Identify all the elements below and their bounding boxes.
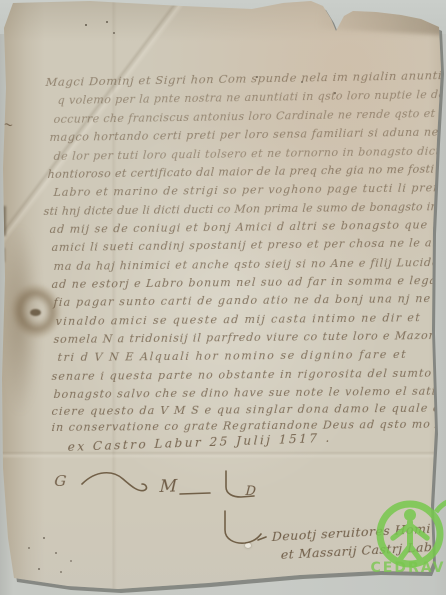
signoff-mark: D [245, 484, 256, 499]
handwriting-line: q volemo per la pnte nostra ne anuntiati… [57, 87, 446, 107]
handwriting-line: senare i questa parte no obstante in rig… [51, 367, 446, 384]
handwriting-line: tri d V N E Alquali hor nomino se dignin… [57, 348, 407, 364]
handwriting-line: somela N a tridonisij il parfredo viure … [53, 329, 446, 346]
flourish-swoosh [82, 473, 146, 491]
handwriting-line: occurre che franciscus antonius loro Car… [53, 106, 446, 126]
person-in-circle-icon [393, 509, 427, 562]
flourish-m-tail [180, 493, 210, 494]
paper-hole [245, 543, 251, 548]
handwriting-line: magco hortando certi preti per loro sens… [49, 125, 446, 144]
signoff-mark: ~ [2, 117, 15, 132]
handwriting-line: sti hnj dicte due li dicti ducti co Mon … [43, 199, 446, 218]
handwriting-line: fia pagar sunto carti de gando atio ne d… [53, 292, 431, 309]
handwriting-line: ad mij se de coniugi et bonj Amici d alt… [49, 218, 446, 236]
signoff-mark: G [54, 472, 67, 490]
handwriting-line: Magci Dominj et Sigri hon Com spunde nel… [45, 67, 446, 89]
handwriting-line: ma da haj hinimici et anche qsto sieij s… [53, 256, 446, 273]
photo-of-letter: Magci Dominj et Sigri hon Com spunde nel… [0, 0, 446, 595]
handwriting-line: bonagsto salvo che se dino have sue note… [53, 384, 446, 401]
handwriting-line: ciere questo da V M S e qua singlar dona… [51, 401, 446, 418]
edge-smudge [0, 248, 5, 262]
handwriting-line: Labro et marino de strigi so per voghono… [53, 181, 442, 199]
watermark-text: CEDRAV [366, 560, 446, 576]
flourish-bracket-lower [225, 511, 261, 543]
handwriting-line: amici li sueti candinj spostanij et pres… [51, 236, 446, 254]
signoff-mark: M [159, 476, 177, 497]
handwriting-line: ex Castro Labur 25 Julij 1517 . [68, 431, 333, 454]
handwriting-line: de lor per tuti loro quali tolsero et ne… [53, 144, 446, 163]
handwriting-line: ad ne estorj e Labro bonum nel suo ad fa… [51, 274, 446, 291]
paper-edge-shade [0, 225, 40, 415]
flourish-tick [258, 537, 266, 540]
handwriting-line: hontioroso et certificato dal maior de l… [47, 162, 446, 181]
handwriting-line: in conservatione co grate Regratiandone … [51, 417, 446, 434]
watermark-stem [436, 500, 446, 512]
edge-smudge [0, 206, 6, 236]
ink-specks [85, 24, 87, 26]
handwriting-line: vinaldo amici se queste ad mij casta int… [55, 311, 421, 328]
